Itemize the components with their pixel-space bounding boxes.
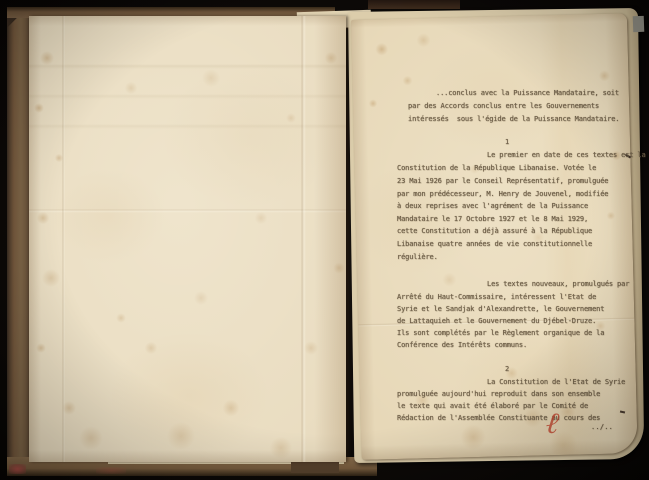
typed-line: Conférence des Intérêts communs. — [397, 340, 527, 350]
typed-line: Le premier en date de ces textes est la — [487, 150, 646, 160]
typed-line: intéressés sous l'égide de la Puissance … — [408, 114, 619, 124]
typed-line: Mandataire le 17 Octobre 1927 et le 8 Ma… — [397, 214, 588, 224]
red-pencil-mark: ℓ — [544, 404, 578, 445]
typed-line: par des Accords conclus entre les Gouver… — [408, 101, 599, 111]
typed-line: Les textes nouveaux, promulgués par — [487, 279, 629, 289]
typed-line: régulière. — [397, 252, 438, 262]
typed-line: Syrie et le Sandjak d'Alexandrette, le G… — [397, 304, 604, 314]
typed-line: Arrêté du Haut-Commissaire, intéressent … — [397, 292, 596, 302]
typed-line: cette Constitution a déjà assuré à la Ré… — [397, 226, 592, 236]
section-number-2: 2 — [505, 364, 509, 374]
typed-line: Constitution de la République Libanaise.… — [397, 163, 596, 173]
typed-line: par mon prédécesseur, M. Henry de Jouven… — [397, 189, 608, 199]
typed-line: La Constitution de l'Etat de Syrie — [487, 377, 625, 387]
typed-line: de Lattaquieh et le Gouvernement du Djéb… — [397, 316, 596, 326]
typed-line: promulguée aujourd'hui reproduit dans so… — [397, 389, 600, 399]
typed-line: Ils sont complétés par le Règlement orga… — [397, 328, 604, 338]
typed-line: Libanaise quatre années de vie constitut… — [397, 239, 592, 249]
scanned-book-photo: ...conclus avec la Puissance Mandataire,… — [0, 0, 649, 480]
section-number-1: 1 — [505, 137, 509, 147]
typed-line: à deux reprises avec l'agrément de la Pu… — [397, 201, 588, 211]
typed-line: 23 Mai 1926 par le Conseil Représentatif… — [397, 176, 608, 186]
typed-line: ...conclus avec la Puissance Mandataire,… — [436, 88, 619, 98]
continuation-mark: ../.. — [591, 422, 613, 432]
